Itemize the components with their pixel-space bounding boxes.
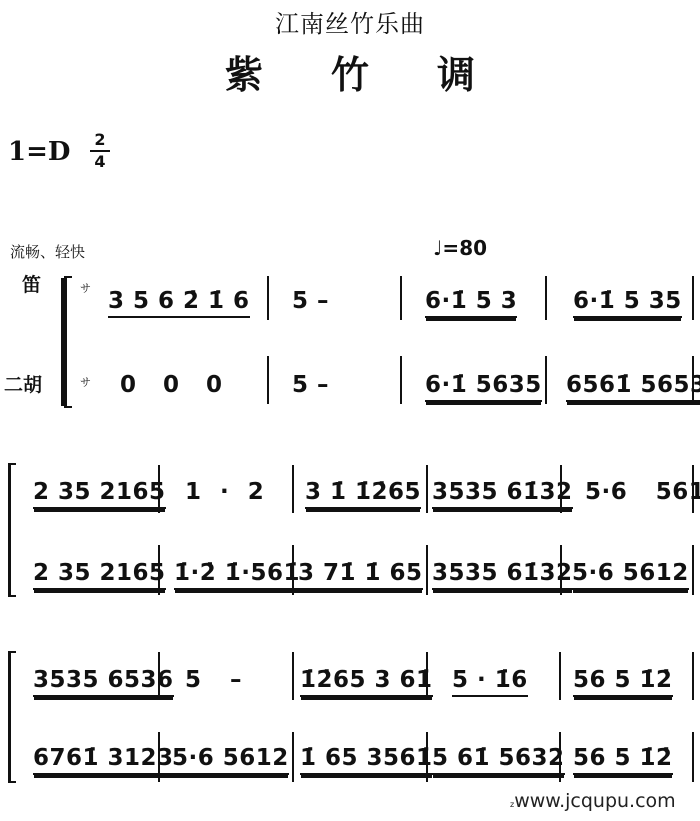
- measure: 3 1̇ 1̇2̇65: [305, 479, 421, 505]
- instrument-label-dizi: 笛: [22, 270, 41, 297]
- instrument-label-erhu: 二胡: [4, 370, 42, 397]
- measure: 1̇2̇65 3 61̇: [300, 667, 433, 693]
- system-bracket: [8, 463, 16, 597]
- measure: 3535 61̇32: [432, 560, 573, 586]
- barline: [545, 276, 547, 320]
- measure: 6561̇ 5653: [566, 372, 700, 398]
- measure: 5 –: [185, 667, 242, 693]
- barline: [400, 276, 402, 320]
- barline: [692, 545, 694, 595]
- barline: [267, 356, 269, 404]
- barline: [559, 652, 561, 700]
- barline: [426, 732, 428, 782]
- tempo-marking: ♩=80: [433, 236, 487, 260]
- system-bracket: [64, 276, 72, 408]
- measure: 1 · 2: [185, 479, 264, 505]
- title-char: 竹: [331, 44, 369, 99]
- barline: [158, 465, 160, 513]
- measure: 2 35 2165: [33, 479, 166, 505]
- barline: [545, 356, 547, 404]
- measure: 1̇ 65 3561̇: [300, 745, 433, 771]
- measure: 5 –: [292, 288, 329, 314]
- barline: [158, 545, 160, 595]
- measure: 3 71̇ 1̇ 65: [298, 560, 423, 586]
- barline: [692, 732, 694, 782]
- time-signature: 2 4: [90, 131, 110, 171]
- barline: [292, 545, 294, 595]
- measure: 5·6 5612: [585, 479, 700, 505]
- barline: [158, 732, 160, 782]
- barline: [692, 356, 694, 404]
- barline: [692, 465, 694, 513]
- title-char: 调: [437, 44, 475, 99]
- barline: [559, 732, 561, 782]
- measure: 5·6 5612: [172, 745, 289, 771]
- measure: 2 35 2165: [33, 560, 166, 586]
- watermark: zwww.jcqupu.com: [510, 790, 676, 812]
- measure: 6·1̇ 5 35: [573, 288, 682, 314]
- barline: [692, 652, 694, 700]
- barline: [292, 465, 294, 513]
- measure: 5 61̇ 5632: [432, 745, 565, 771]
- measure: 5·6 5612: [572, 560, 689, 586]
- barline: [560, 465, 562, 513]
- instrument-mark: サ: [80, 374, 91, 390]
- measure: 5 –: [292, 372, 329, 398]
- key-signature: 1=D: [8, 137, 70, 167]
- barline: [560, 545, 562, 595]
- title-char: 紫: [225, 44, 263, 99]
- barline: [267, 276, 269, 320]
- barline: [692, 276, 694, 320]
- measure: 1̇·2̇ 1̇·561̇: [174, 560, 300, 586]
- barline: [292, 732, 294, 782]
- barline: [426, 652, 428, 700]
- measure: 3 5 6 2̇ 1̇ 6: [108, 288, 250, 314]
- measure: 3535 6536: [33, 667, 174, 693]
- measure: 56 5 1̇2̇: [573, 745, 673, 771]
- measure: 6·1̇ 5 3: [425, 288, 517, 314]
- time-sig-top: 2: [90, 131, 110, 149]
- system-bracket: [8, 651, 16, 783]
- expression-marking: 流畅、轻快: [10, 241, 85, 262]
- barline: [292, 652, 294, 700]
- instrument-mark: サ: [80, 280, 91, 296]
- measure: 0 0 0: [120, 372, 223, 398]
- barline: [426, 465, 428, 513]
- barline: [400, 356, 402, 404]
- barline: [158, 652, 160, 700]
- measure: 56 5 1̇2̇: [573, 667, 673, 693]
- time-sig-bottom: 4: [90, 153, 110, 171]
- barline: [426, 545, 428, 595]
- page-title: 紫竹调: [0, 44, 700, 99]
- measure: 6761̇ 3123: [33, 745, 174, 771]
- measure: 6·1̇ 5635: [425, 372, 542, 398]
- measure: 5 · 1̇6: [452, 667, 528, 693]
- subtitle: 江南丝竹乐曲: [0, 4, 700, 39]
- measure: 3535 61̇32: [432, 479, 573, 505]
